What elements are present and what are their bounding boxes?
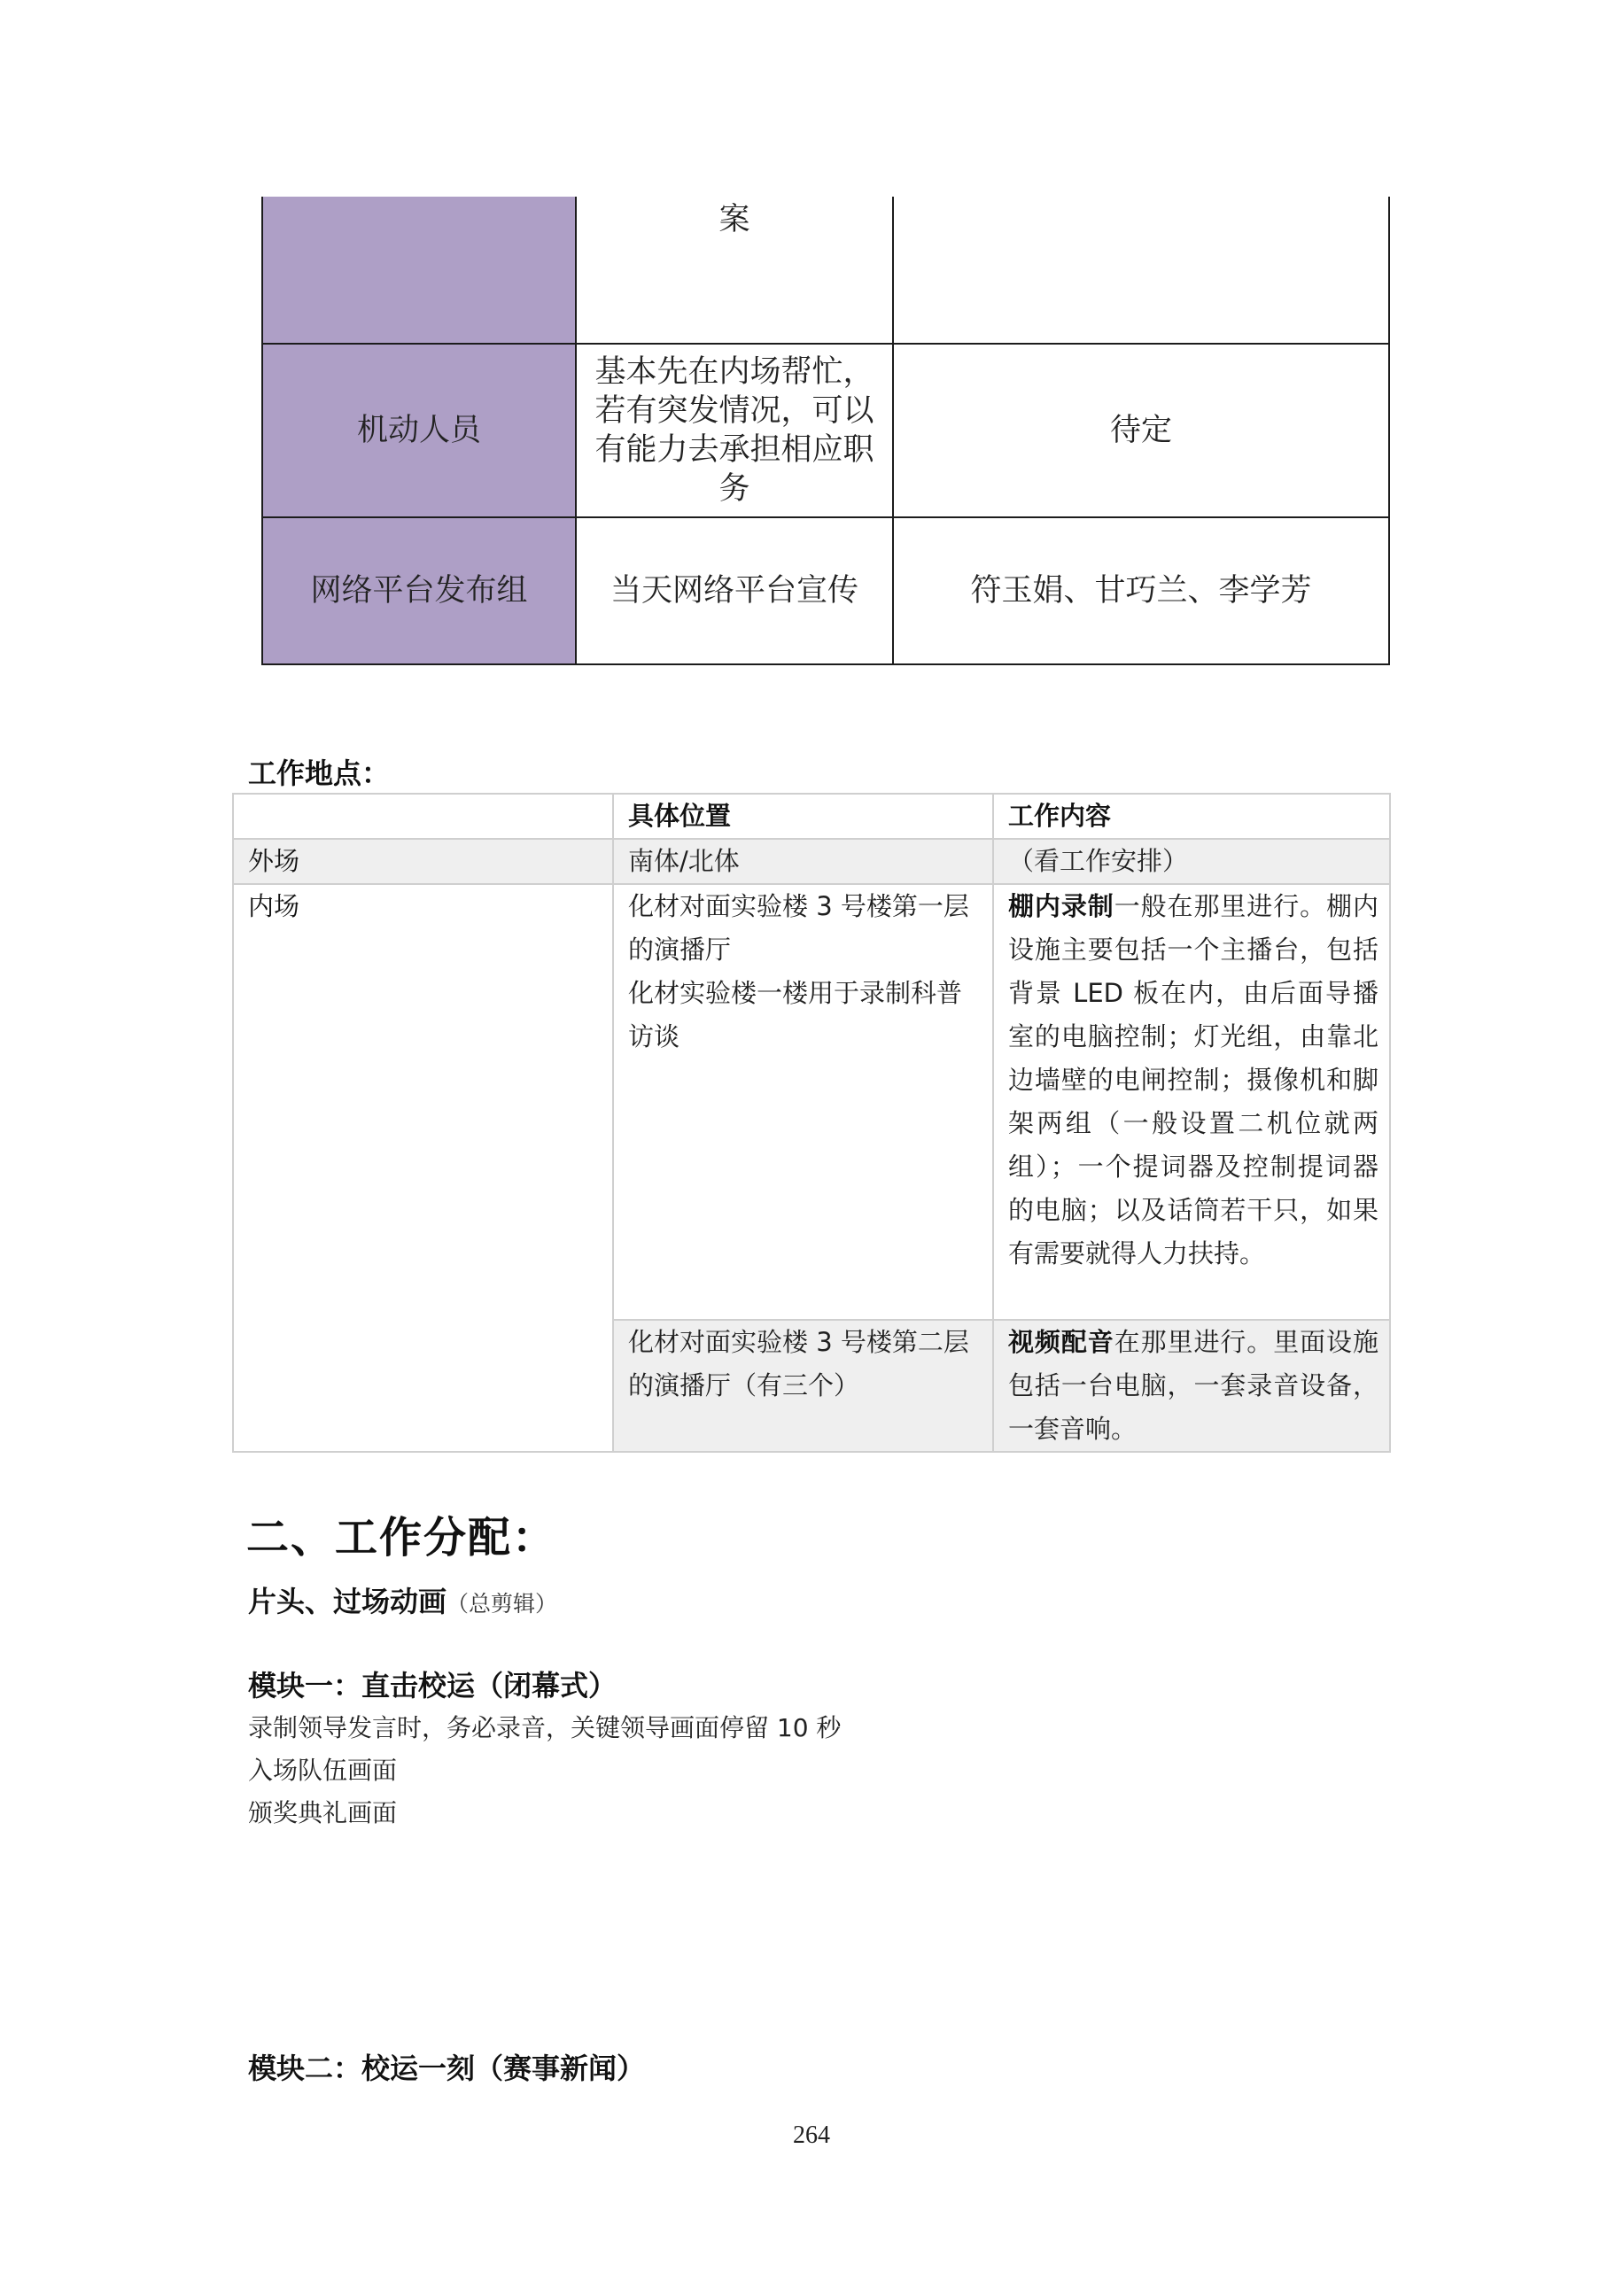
staff-assignment-table: 案 机动人员 基本先在内场帮忙，若有突发情况，可以有能力去承担相应职务 待定 网… (261, 197, 1390, 665)
module1-line: 颁奖典礼画面 (248, 1794, 397, 1829)
intro-note: （总剪辑） (447, 1591, 557, 1617)
duty-cell: 案 (576, 197, 893, 344)
header-cell: 具体位置 (613, 794, 993, 839)
location-cell: 化材对面实验楼 3 号楼第二层的演播厅（有三个） (613, 1320, 993, 1452)
people-cell: 待定 (893, 344, 1389, 517)
table-header-row: 具体位置 工作内容 (233, 794, 1390, 839)
section-heading: 二、工作分配： (246, 1503, 556, 1564)
intro-heading: 片头、过场动画（总剪辑） (248, 1579, 557, 1620)
module1-line: 录制领导发言时，务必录音，关键领导画面停留 10 秒 (248, 1709, 841, 1744)
header-cell (233, 794, 613, 839)
role-cell: 机动人员 (262, 344, 576, 517)
work-location-title: 工作地点： (248, 751, 390, 792)
intro-title: 片头、过场动画 (248, 1585, 447, 1618)
content-cell: （看工作安排） (993, 839, 1390, 884)
row-label: 外场 (233, 839, 613, 884)
people-cell (893, 197, 1389, 344)
content-lead: 视频配音 (1008, 1327, 1114, 1357)
table-row: 案 (262, 197, 1389, 344)
location-cell: 南体/北体 (613, 839, 993, 884)
row-label: 内场 (233, 884, 613, 1452)
content-cell: 视频配音在那里进行。里面设施包括一台电脑，一套录音设备，一套音响。 (993, 1320, 1390, 1452)
content-lead: 棚内录制 (1008, 891, 1114, 921)
table-row: 内场 化材对面实验楼 3 号楼第一层的演播厅 化材实验楼一楼用于录制科普访谈 棚… (233, 884, 1390, 1320)
people-cell: 符玉娟、甘巧兰、李学芳 (893, 517, 1389, 664)
role-cell (262, 197, 576, 344)
work-location-table: 具体位置 工作内容 外场 南体/北体 （看工作安排） 内场 化材对面实验楼 3 … (232, 793, 1391, 1453)
header-cell: 工作内容 (993, 794, 1390, 839)
role-cell: 网络平台发布组 (262, 517, 576, 664)
module1-line: 入场队伍画面 (248, 1751, 397, 1787)
duty-cell: 基本先在内场帮忙，若有突发情况，可以有能力去承担相应职务 (576, 344, 893, 517)
table-row: 机动人员 基本先在内场帮忙，若有突发情况，可以有能力去承担相应职务 待定 (262, 344, 1389, 517)
module2-heading: 模块二：校运一刻（赛事新闻） (248, 2046, 645, 2087)
duty-cell: 当天网络平台宣传 (576, 517, 893, 664)
table-row: 外场 南体/北体 （看工作安排） (233, 839, 1390, 884)
page-number: 264 (0, 2121, 1623, 2150)
content-text: 一般在那里进行。棚内设施主要包括一个主播台，包括背景 LED 板在内，由后面导播… (1008, 891, 1378, 1268)
table-row: 网络平台发布组 当天网络平台宣传 符玉娟、甘巧兰、李学芳 (262, 517, 1389, 664)
content-cell: 棚内录制一般在那里进行。棚内设施主要包括一个主播台，包括背景 LED 板在内，由… (993, 884, 1390, 1320)
location-cell: 化材对面实验楼 3 号楼第一层的演播厅 化材实验楼一楼用于录制科普访谈 (613, 884, 993, 1320)
module1-heading: 模块一：直击校运（闭幕式） (248, 1664, 617, 1704)
